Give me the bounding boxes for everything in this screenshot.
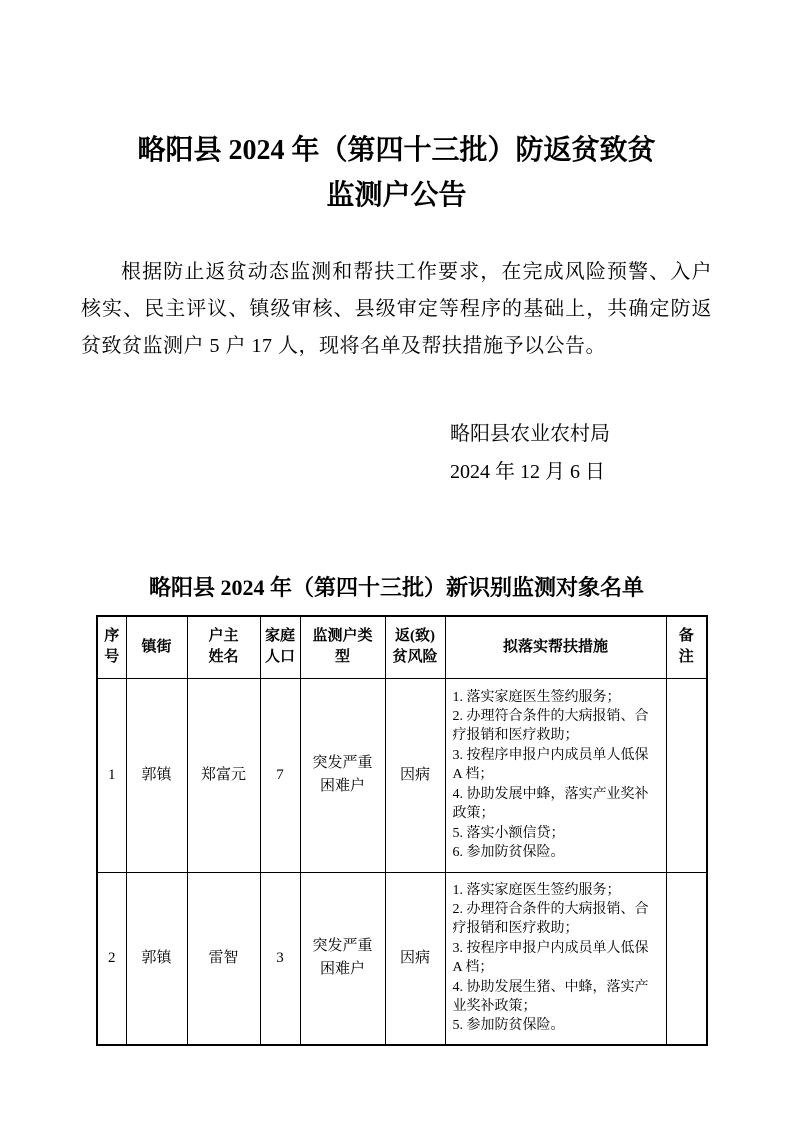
roster-table-title: 略阳县 2024 年（第四十三批）新识别监测对象名单 (0, 575, 793, 601)
document-title-line-2: 监测户公告 (60, 173, 733, 218)
cell-family-size: 7 (260, 678, 300, 872)
col-header-family-size: 家庭 人口 (260, 616, 300, 678)
cell-seq: 2 (97, 872, 126, 1045)
cell-monitor-type: 突发严重 困难户 (300, 678, 385, 872)
cell-family-size: 3 (260, 872, 300, 1045)
cell-householder-name: 雷智 (187, 872, 260, 1045)
cell-remark (666, 678, 707, 872)
table-header-row: 序 号 镇街 户主 姓名 家庭 人口 监测户类 型 返(致) 贫风险 拟落实帮扶… (97, 616, 707, 678)
monitored-households-table: 序 号 镇街 户主 姓名 家庭 人口 监测户类 型 返(致) 贫风险 拟落实帮扶… (96, 615, 708, 1046)
announcement-paragraph: 根据防止返贫动态监测和帮扶工作要求，在完成风险预警、入户核实、民主评议、镇级审核… (81, 254, 712, 365)
table-row: 2 郭镇 雷智 3 突发严重 困难户 因病 1. 落实家庭医生签约服务； 2. … (97, 872, 707, 1045)
document-title: 略阳县 2024 年（第四十三批）防返贫致贫 监测户公告 (60, 128, 733, 218)
col-header-householder-name: 户主 姓名 (187, 616, 260, 678)
cell-measures: 1. 落实家庭医生签约服务； 2. 办理符合条件的大病报销、合疗报销和医疗救助；… (445, 678, 666, 872)
col-header-seq: 序 号 (97, 616, 126, 678)
col-header-measures: 拟落实帮扶措施 (445, 616, 666, 678)
cell-seq: 1 (97, 678, 126, 872)
cell-measures: 1. 落实家庭医生签约服务； 2. 办理符合条件的大病报销、合疗报销和医疗救助；… (445, 872, 666, 1045)
col-header-remark: 备 注 (666, 616, 707, 678)
cell-householder-name: 郑富元 (187, 678, 260, 872)
col-header-town: 镇街 (126, 616, 187, 678)
col-header-risk: 返(致) 贫风险 (385, 616, 445, 678)
document-title-line-1: 略阳县 2024 年（第四十三批）防返贫致贫 (60, 128, 733, 173)
cell-monitor-type: 突发严重 困难户 (300, 872, 385, 1045)
document-page: 略阳县 2024 年（第四十三批）防返贫致贫 监测户公告 根据防止返贫动态监测和… (0, 0, 793, 1122)
signature-block: 略阳县农业农村局 2024 年 12 月 6 日 (450, 415, 793, 491)
cell-risk: 因病 (385, 872, 445, 1045)
issuing-agency: 略阳县农业农村局 (450, 415, 793, 453)
table-row: 1 郭镇 郑富元 7 突发严重 困难户 因病 1. 落实家庭医生签约服务； 2.… (97, 678, 707, 872)
cell-town: 郭镇 (126, 872, 187, 1045)
cell-town: 郭镇 (126, 678, 187, 872)
col-header-monitor-type: 监测户类 型 (300, 616, 385, 678)
cell-risk: 因病 (385, 678, 445, 872)
issue-date: 2024 年 12 月 6 日 (450, 453, 793, 491)
cell-remark (666, 872, 707, 1045)
